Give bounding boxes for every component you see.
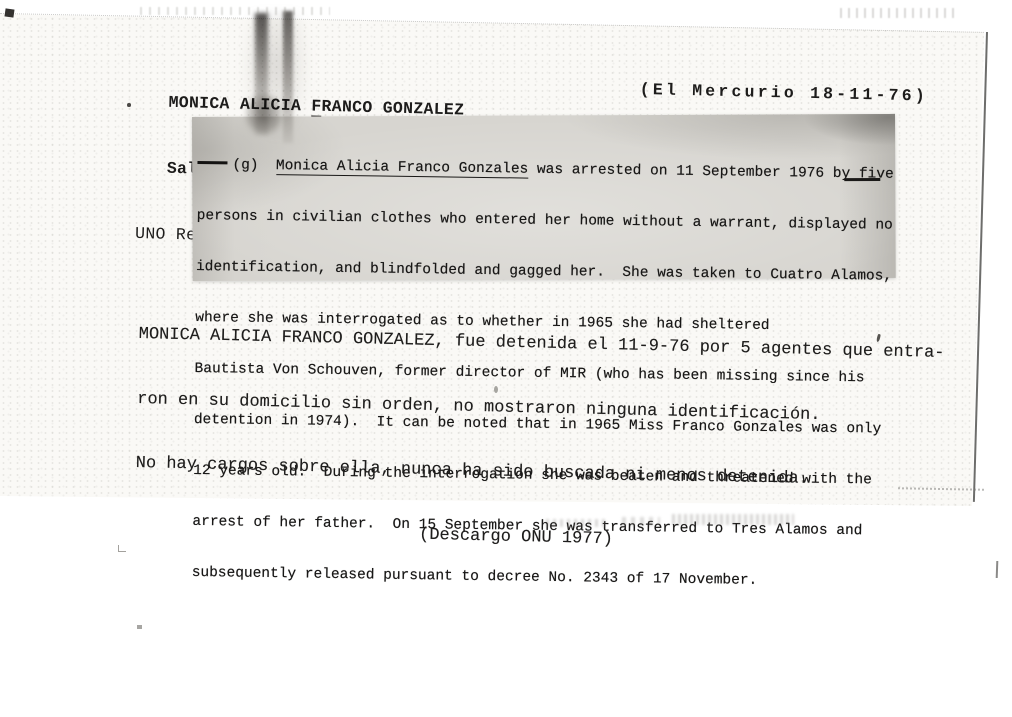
response-line-2: ron en su domicilio sin orden, no mostra…: [137, 388, 943, 428]
title-part-1: MONICA ALICIA: [168, 93, 311, 116]
clipping-line-3: identification, and blindfolded and gagg…: [196, 259, 891, 286]
response-line-1: MONICA ALICIA FRANCO GONZALEZ, fue deten…: [138, 324, 944, 364]
stray-pencil-mark: [118, 545, 126, 552]
label-gap: [258, 158, 276, 174]
clipping-line-2: persons in civilian clothes who entered …: [197, 208, 892, 235]
trailing-dash-icon: [844, 178, 880, 181]
clipping-line-1-rest: was arrested on 11 September 1976 by fiv…: [528, 162, 894, 183]
top-edge-specks: [840, 8, 960, 18]
top-edge-specks: [140, 7, 330, 15]
stray-period-mark: [127, 103, 131, 107]
edge-line-fragment: [996, 561, 998, 578]
stray-speck: [137, 625, 142, 629]
subject-name-underlined: Monica Alicia Franco Gonzales: [276, 158, 529, 179]
response-attribution: (Descargo ONU 1977): [134, 517, 940, 557]
item-label: (g): [232, 157, 258, 173]
clipping-line-1: (g) Monica Alicia Franco Gonzales was ar…: [197, 157, 892, 184]
response-line-3: No hay cargos sobre ella, nunca ha sido …: [135, 453, 941, 493]
pasted-clipping: (g) Monica Alicia Franco Gonzales was ar…: [192, 114, 896, 281]
leader-dash-icon: [197, 161, 227, 164]
response-paragraph: MONICA ALICIA FRANCO GONZALEZ, fue deten…: [133, 281, 945, 579]
title-underlined-letter: F: [311, 97, 322, 118]
